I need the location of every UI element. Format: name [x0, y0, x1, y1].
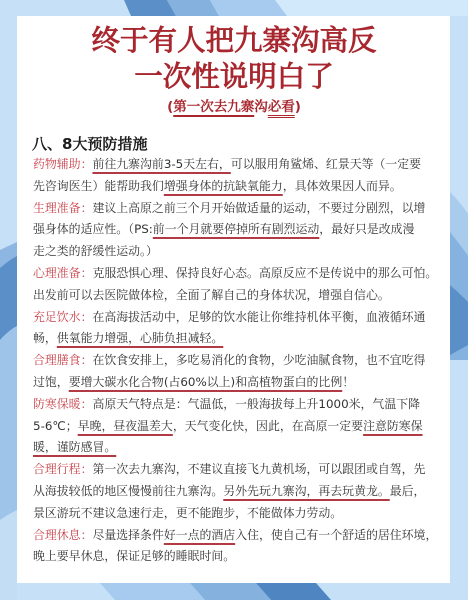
text-line: 合理膳食：在饮食安排上，多吃易消化的食物，少吃油腻食物，也不宜吃得 [33, 350, 443, 372]
subtitle-double-underlined-text: 必看 [268, 99, 295, 115]
body-text: 在饮食安排上，多吃易消化的食物，少吃油腻食物，也不宜吃得 [92, 353, 425, 367]
section-label: 生理准备： [33, 201, 92, 215]
highlighted-text: 注意防寒保 [363, 419, 422, 433]
subtitle-underlined-text: 第一次去九寨 [173, 99, 254, 115]
section-medication: 药物辅助：前往九寨沟前3-5天左右，可以服用角鲨烯、红景天等（一定要 先咨询医生… [33, 154, 443, 198]
highlighted-text: 另外先玩九寨沟，再去玩黄龙。 [223, 484, 389, 498]
body-text: 走之类的舒缓性运动。） [33, 244, 158, 258]
text-line: 合理行程：第一次去九寨沟，不建议直接飞九黄机场，可以跟团或自驾，先 [33, 459, 443, 481]
section-label: 心理准备： [33, 266, 92, 280]
section-heading: 八、8大预防措施 [32, 135, 147, 153]
section-label: 药物辅助： [33, 157, 92, 171]
body-text: 晚上要早休息，保证足够的睡眠时间。 [33, 549, 235, 563]
body-text: 建议上高原之前三个月开始做适量的运动，不要过分剧烈，以增 [92, 201, 425, 215]
text-line: 强身体的适应性。（PS:前一个月就要停掉所有剧烈运动，最好只是改成漫 [33, 219, 443, 241]
section-label: 防寒保暖： [33, 397, 92, 411]
text-line: 充足饮水：在高海拔活动中，足够的饮水能让你维持机体平衡，血液循环通 [33, 307, 443, 329]
section-hydration: 充足饮水：在高海拔活动中，足够的饮水能让你维持机体平衡，血液循环通 畅，供氧能力… [33, 307, 443, 351]
body-text: 入住，使自己有一个舒适的居住环境， [235, 528, 437, 542]
section-label: 充足饮水： [33, 310, 92, 324]
subtitle-text: 沟 [254, 99, 268, 115]
text-line: 晚上要早休息，保证足够的睡眠时间。 [33, 546, 443, 568]
body-text: 过饱， [33, 375, 69, 389]
body-text: 可以服用角鲨烯、红景天等（一定要 [231, 157, 421, 171]
body-text: ，最好只是改成漫 [319, 222, 414, 236]
body-text: 强身体的适应性。（PS: [33, 222, 153, 236]
section-mental-prep: 心理准备：克服恐惧心理、保持良好心态。高原反应不是传说中的那么可怕。 出发前可以… [33, 263, 443, 307]
highlighted-text: 前往九寨沟前3-5天左右， [92, 157, 230, 171]
section-label: 合理膳食： [33, 353, 92, 367]
subtitle: (第一次去九寨沟必看) [0, 98, 468, 118]
highlighted-text: 早晚，昼夜温差大 [78, 419, 173, 433]
body-text: 从海拔较低的地区慢慢前往九寨沟。 [33, 484, 223, 498]
section-label: 合理行程： [33, 462, 92, 476]
text-line: 5-6℃；早晚，昼夜温差大，天气变化快，因此，在高原一定要注意防寒保 [33, 416, 443, 438]
text-line: 心理准备：克服恐惧心理、保持良好心态。高原反应不是传说中的那么可怕。 [33, 263, 443, 285]
text-line: 暖，谨防感冒。 [33, 437, 443, 459]
prevention-measures-list: 药物辅助：前往九寨沟前3-5天左右，可以服用角鲨烯、红景天等（一定要 先咨询医生… [33, 154, 443, 568]
text-line: 生理准备：建议上高原之前三个月开始做适量的运动，不要过分剧烈，以增 [33, 198, 443, 220]
body-text: 先咨询医生）能帮助我们 [33, 179, 164, 193]
body-text: 高原天气特点是：气温低，一般海拔每上升1000米，气温下降 [92, 397, 420, 411]
body-text: 尽量选择条件 [92, 528, 163, 542]
body-text: 在高海拔活动中，足够的饮水能让你维持机体平衡，血液循环通 [92, 310, 425, 324]
title-line-2: 一次性说明白了 [0, 59, 468, 95]
highlighted-text: 好一点的酒店 [164, 528, 235, 542]
section-diet: 合理膳食：在饮食安排上，多吃易消化的食物，少吃油腻食物，也不宜吃得 过饱，要增大… [33, 350, 443, 394]
body-text: 出发前可以去医院做体检，全面了解自己的身体状况，增强自信心。 [33, 288, 390, 302]
subtitle-close-paren: ) [295, 99, 301, 115]
text-line: 从海拔较低的地区慢慢前往九寨沟。另外先玩九寨沟，再去玩黄龙。最后， [33, 481, 443, 503]
text-line: 药物辅助：前往九寨沟前3-5天左右，可以服用角鲨烯、红景天等（一定要 [33, 154, 443, 176]
section-warmth: 防寒保暖：高原天气特点是：气温低，一般海拔每上升1000米，气温下降 5-6℃；… [33, 394, 443, 459]
body-text: ，天气变化快，因此，在高原一定要 [173, 419, 363, 433]
body-text: 最后， [390, 484, 426, 498]
text-line: 走之类的舒缓性运动。） [33, 241, 443, 263]
highlighted-text: 供氧能力增强，心肺负担减轻。 [57, 331, 223, 345]
text-line: 出发前可以去医院做体检，全面了解自己的身体状况，增强自信心。 [33, 285, 443, 307]
highlighted-text: 增强身体的抗缺氧能力 [164, 179, 283, 193]
section-physical-prep: 生理准备：建议上高原之前三个月开始做适量的运动，不要过分剧烈，以增 强身体的适应… [33, 198, 443, 263]
body-text: 克服恐惧心理、保持良好心态。高原反应不是传说中的那么可怕。 [92, 266, 437, 280]
body-text: 第一次去九寨沟，不建议直接飞九黄机场，可以跟团或自驾，先 [92, 462, 425, 476]
section-itinerary: 合理行程：第一次去九寨沟，不建议直接飞九黄机场，可以跟团或自驾，先 从海拔较低的… [33, 459, 443, 524]
highlighted-text: 前一个月就要停掉所有剧烈运动 [153, 222, 319, 236]
text-line: 合理休息：尽量选择条件好一点的酒店入住，使自己有一个舒适的居住环境， [33, 525, 443, 547]
text-line: 防寒保暖：高原天气特点是：气温低，一般海拔每上升1000米，气温下降 [33, 394, 443, 416]
body-text: 5-6℃； [33, 419, 78, 433]
text-line: 先咨询医生）能帮助我们增强身体的抗缺氧能力，具体效果因人而异。 [33, 176, 443, 198]
highlighted-text: 要增大碳水化合物(占60%以上)和高植物蛋白的比例 [69, 375, 343, 389]
text-line: 景区游玩不建议急速行走，更不能跑步，不能做体力劳动。 [33, 503, 443, 525]
body-text: 景区游玩不建议急速行走，更不能跑步，不能做体力劳动。 [33, 506, 342, 520]
text-line: 畅，供氧能力增强，心肺负担减轻。 [33, 328, 443, 350]
body-text: ，具体效果因人而异。 [283, 179, 402, 193]
section-label: 合理休息： [33, 528, 92, 542]
body-text: 畅， [33, 331, 57, 345]
section-rest: 合理休息：尽量选择条件好一点的酒店入住，使自己有一个舒适的居住环境， 晚上要早休… [33, 525, 443, 569]
title-line-1: 终于有人把九寨沟高反 [0, 23, 468, 59]
body-text: ！ [342, 375, 354, 389]
text-line: 过饱，要增大碳水化合物(占60%以上)和高植物蛋白的比例！ [33, 372, 443, 394]
highlighted-text: 暖，谨防感冒。 [33, 440, 116, 454]
